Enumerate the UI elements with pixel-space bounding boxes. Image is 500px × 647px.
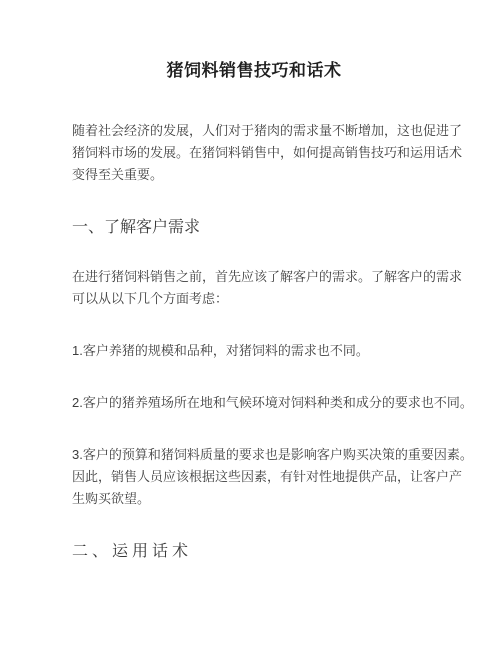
paragraph-line: 可以从以下几个方面考虑： bbox=[72, 288, 436, 310]
paragraph-line: 猪饲料市场的发展。在猪饲料销售中，如何提高销售技巧和运用话术 bbox=[72, 142, 436, 164]
paragraph-line: 因此，销售人员应该根据这些因素，有针对性地提供产品，让客户产 bbox=[72, 466, 436, 488]
section2-heading: 二、运用话术 bbox=[72, 540, 436, 564]
section1-lead-paragraph: 在进行猪饲料销售之前，首先应该了解客户的需求。了解客户的需求 可以从以下几个方面… bbox=[72, 266, 436, 310]
document-page: 猪饲料销售技巧和话术 随着社会经济的发展，人们对于猪肉的需求量不断增加，这也促进… bbox=[0, 0, 500, 647]
paragraph-line: 1.客户养猪的规模和品种，对猪饲料的需求也不同。 bbox=[72, 340, 436, 362]
list-item-2: 2.客户的猪养殖场所在地和气候环境对饲料种类和成分的要求也不同。 bbox=[72, 392, 436, 414]
paragraph-line: 2.客户的猪养殖场所在地和气候环境对饲料种类和成分的要求也不同。 bbox=[72, 392, 436, 414]
document-title: 猪饲料销售技巧和话术 bbox=[72, 58, 436, 84]
list-item-3: 3.客户的预算和猪饲料质量的要求也是影响客户购买决策的重要因素。 因此，销售人员… bbox=[72, 444, 436, 510]
section1-heading: 一、了解客户需求 bbox=[72, 216, 436, 240]
paragraph-line: 3.客户的预算和猪饲料质量的要求也是影响客户购买决策的重要因素。 bbox=[72, 444, 436, 466]
paragraph-line: 在进行猪饲料销售之前，首先应该了解客户的需求。了解客户的需求 bbox=[72, 266, 436, 288]
intro-paragraph: 随着社会经济的发展，人们对于猪肉的需求量不断增加，这也促进了 猪饲料市场的发展。… bbox=[72, 120, 436, 186]
paragraph-line: 生购买欲望。 bbox=[72, 488, 436, 510]
list-item-1: 1.客户养猪的规模和品种，对猪饲料的需求也不同。 bbox=[72, 340, 436, 362]
paragraph-line: 随着社会经济的发展，人们对于猪肉的需求量不断增加，这也促进了 bbox=[72, 120, 436, 142]
paragraph-line: 变得至关重要。 bbox=[72, 164, 436, 186]
